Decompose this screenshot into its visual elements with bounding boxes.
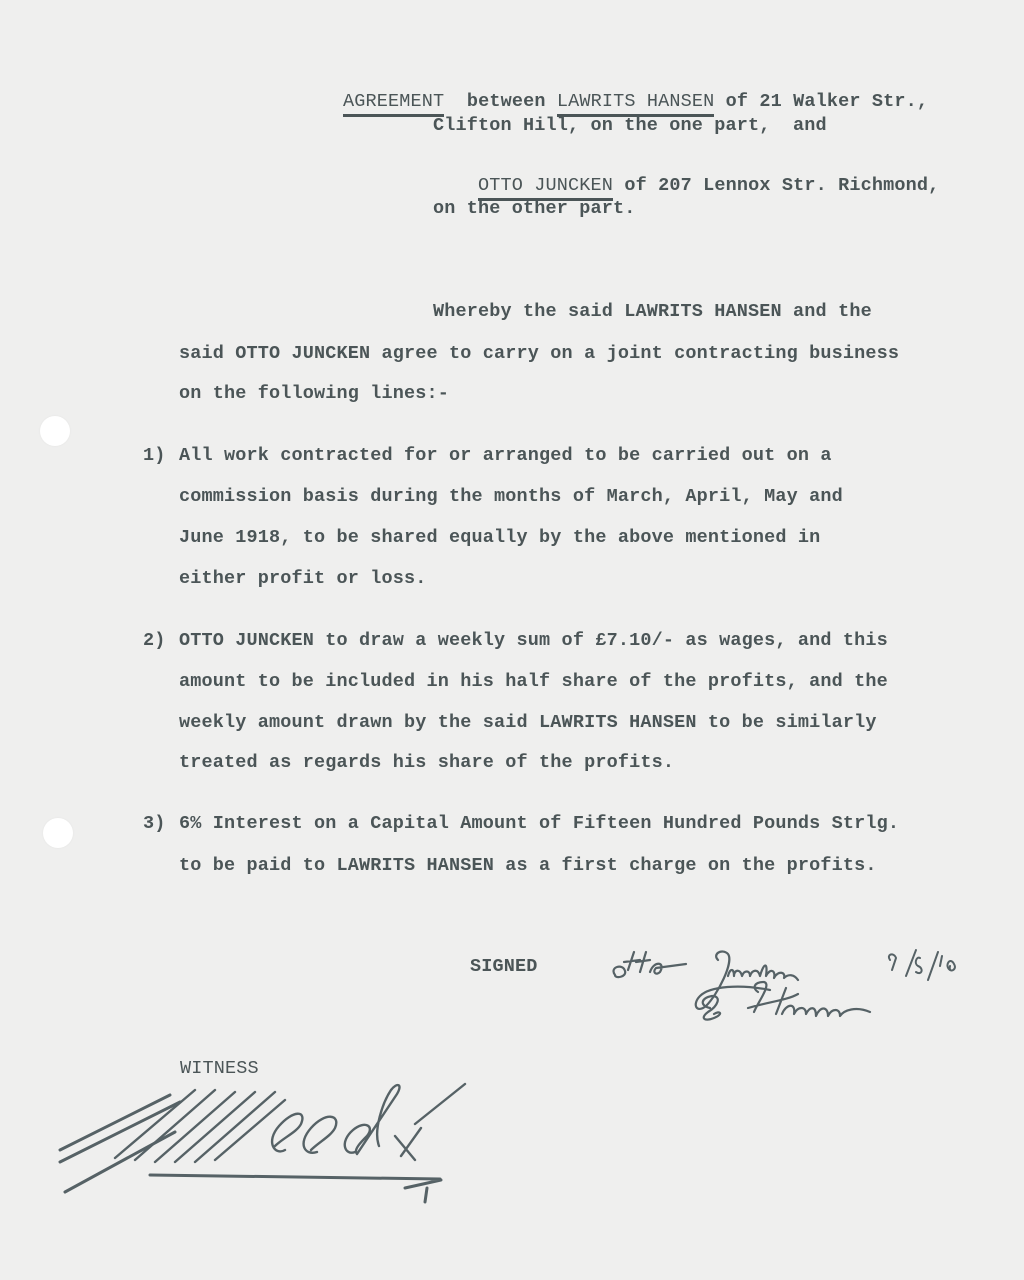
signature-otto-juncken [610, 940, 960, 1045]
agreement-label: AGREEMENT [343, 91, 444, 117]
preamble-line-1: Whereby the said LAWRITS HANSEN and the [433, 303, 872, 322]
header-line-4: on the other part. [433, 200, 636, 219]
clause-1-line: All work contracted for or arranged to b… [179, 447, 832, 466]
clause-1-line: either profit or loss. [179, 570, 427, 589]
witness-label: WITNESS [180, 1060, 259, 1079]
party1-name: LAWRITS HANSEN [557, 91, 715, 117]
preamble-line-2: said OTTO JUNCKEN agree to carry on a jo… [179, 345, 899, 364]
punch-hole [40, 416, 70, 446]
party2-name: OTTO JUNCKEN [478, 175, 613, 201]
clause-3-line: to be paid to LAWRITS HANSEN as a first … [179, 857, 877, 876]
clause-3-line: 6% Interest on a Capital Amount of Fifte… [179, 815, 899, 834]
preamble-line-3: on the following lines:- [179, 385, 449, 404]
header-line-2: Clifton Hill, on the one part, and [433, 117, 827, 136]
clause-1-number: 1) [143, 447, 166, 466]
between-text: between [467, 91, 546, 112]
clause-2-line: weekly amount drawn by the said LAWRITS … [179, 714, 877, 733]
witness-signature [55, 1080, 485, 1215]
clause-2-line: amount to be included in his half share … [179, 673, 888, 692]
clause-1-line: June 1918, to be shared equally by the a… [179, 529, 820, 548]
clause-2-line: treated as regards his share of the prof… [179, 754, 674, 773]
punch-hole [43, 818, 73, 848]
clause-2-number: 2) [143, 632, 166, 651]
clause-2-line: OTTO JUNCKEN to draw a weekly sum of £7.… [179, 632, 888, 651]
signed-label: SIGNED [470, 958, 538, 977]
clause-1-line: commission basis during the months of Ma… [179, 488, 843, 507]
document-page: AGREEMENT between LAWRITS HANSEN of 21 W… [0, 0, 1024, 1280]
clause-3-number: 3) [143, 815, 166, 834]
party1-address: of 21 Walker Str., [726, 91, 929, 112]
party2-address: of 207 Lennox Str. Richmond, [624, 175, 939, 196]
